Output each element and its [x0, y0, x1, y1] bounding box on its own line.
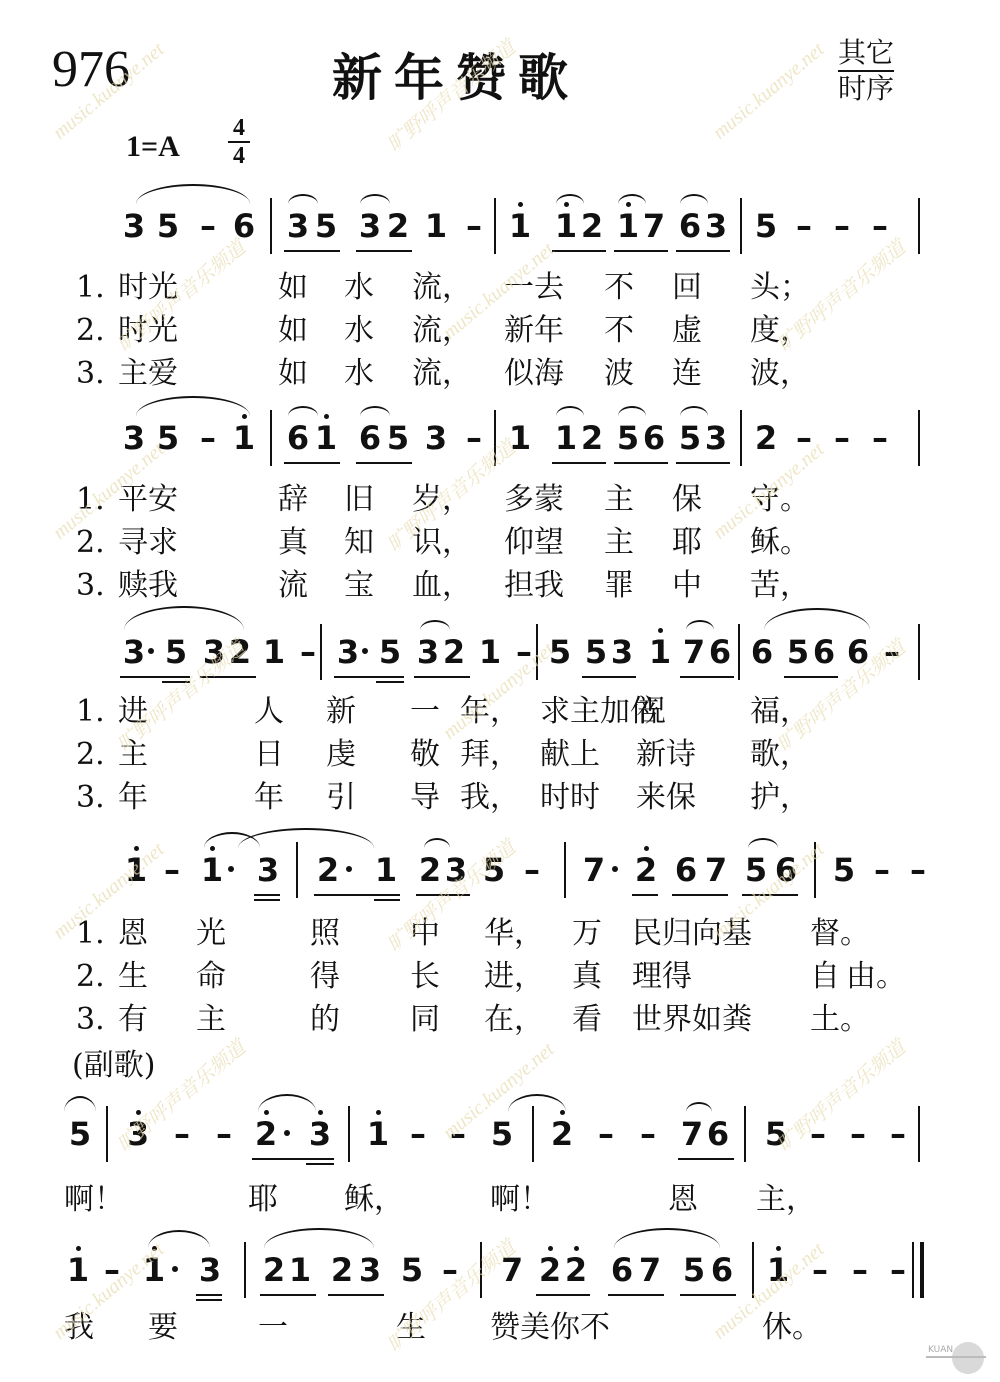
- lyric-word: 时时: [540, 776, 600, 819]
- eighth-underline: [536, 1294, 590, 1296]
- lyric-word: 如: [278, 309, 308, 352]
- lyric-word: 虔: [326, 733, 356, 776]
- lyric-word: 头；: [750, 266, 810, 309]
- lyric-word: 华，: [484, 912, 544, 955]
- slur-arc: [136, 396, 250, 416]
- slur-arc: [360, 194, 390, 204]
- lyric-word: 主: [604, 521, 634, 564]
- note: 7: [680, 1114, 704, 1154]
- note: 5: [164, 632, 188, 672]
- slur-arc: [686, 1102, 712, 1112]
- note: 6: [642, 418, 666, 458]
- barline: [918, 624, 920, 680]
- lyric-word: 主: [604, 478, 634, 521]
- barline: [564, 842, 566, 898]
- lyric-word: 在，: [484, 998, 544, 1041]
- verse-number: 2.: [76, 955, 105, 998]
- slur-arc: [556, 194, 584, 204]
- key-signature: 1=A: [126, 130, 180, 164]
- meter-numerator: 4: [233, 115, 245, 141]
- note: 5: [678, 418, 702, 458]
- slur-arc: [764, 608, 870, 630]
- eighth-underline: [784, 676, 838, 678]
- final-barline: [920, 1242, 924, 1298]
- note: 2: [550, 1114, 574, 1154]
- note: 2: [538, 1250, 562, 1290]
- lyric-word: 护，: [750, 776, 810, 819]
- slur-arc: [64, 1096, 96, 1112]
- lyric-word: 一: [410, 690, 440, 733]
- lyric-word: 长: [410, 955, 440, 998]
- barline: [270, 410, 272, 466]
- slur-arc: [686, 620, 714, 630]
- note: 6: [358, 418, 382, 458]
- dash-hold: –: [830, 418, 854, 458]
- eighth-underline: [632, 894, 658, 896]
- eighth-underline: [334, 676, 404, 678]
- lyric-word: 如: [278, 266, 308, 309]
- lyric-word: 虚: [672, 309, 702, 352]
- lyric-word: 主: [196, 998, 226, 1041]
- slur-arc: [614, 1228, 720, 1248]
- slur-arc: [360, 406, 390, 416]
- lyric-word: 多蒙: [504, 478, 564, 521]
- note: 1: [478, 632, 502, 672]
- eighth-underline: [680, 1294, 736, 1296]
- lyric-word: 同: [410, 998, 440, 1041]
- verse-number: 3.: [76, 352, 105, 395]
- lyric-word: 年: [118, 776, 148, 819]
- note: 2: [634, 850, 658, 890]
- note: 5: [754, 206, 778, 246]
- slur-arc: [136, 184, 250, 204]
- dash-hold: –: [886, 1250, 910, 1290]
- lyric-word: 由。: [846, 955, 906, 998]
- dash-hold: –: [406, 1114, 430, 1154]
- augmentation-dot: [228, 866, 234, 872]
- lyric-word: 如: [278, 352, 308, 395]
- slur-arc: [288, 194, 318, 204]
- barline: [918, 1106, 920, 1162]
- note: 2: [564, 1250, 588, 1290]
- lyric-word: 辞: [278, 478, 308, 521]
- dash-hold: –: [848, 1250, 872, 1290]
- lyric-word: 祝: [636, 690, 666, 733]
- lyric-word: 新年: [504, 309, 564, 352]
- dash-hold: –: [170, 1114, 194, 1154]
- note: 6: [706, 1114, 730, 1154]
- verse-number: 1.: [76, 690, 105, 733]
- lyric-word: 万: [572, 912, 602, 955]
- lyric-word: 进，: [484, 955, 544, 998]
- note: 3: [358, 206, 382, 246]
- barline: [532, 1106, 534, 1162]
- dash-hold: –: [636, 1114, 660, 1154]
- slur-arc: [618, 406, 646, 416]
- lyric-word: 新诗: [636, 733, 696, 776]
- lyric-word: 真: [572, 955, 602, 998]
- dash-hold: –: [846, 1114, 870, 1154]
- eighth-underline: [676, 462, 730, 464]
- dash-hold: –: [886, 1114, 910, 1154]
- eighth-underline: [314, 894, 400, 896]
- note: 2: [316, 850, 340, 890]
- note: 6: [678, 206, 702, 246]
- lyric-word: 啊！: [490, 1178, 550, 1221]
- eighth-underline: [260, 1294, 316, 1296]
- lyric-word: 要: [148, 1306, 178, 1349]
- lyric-word: 自: [810, 955, 840, 998]
- note: 6: [708, 632, 732, 672]
- lyric-word: 水: [344, 352, 374, 395]
- barline: [738, 624, 740, 680]
- note: 1: [66, 1250, 90, 1290]
- sixteenth-underline: [196, 1299, 222, 1301]
- meter-denominator: 4: [233, 143, 245, 169]
- note: 2: [386, 206, 410, 246]
- eighth-underline: [356, 462, 412, 464]
- lyric-word: 有: [118, 998, 148, 1041]
- note: 6: [610, 1250, 634, 1290]
- note: 6: [674, 850, 698, 890]
- lyric-word: 光: [196, 912, 226, 955]
- note: 3: [256, 850, 280, 890]
- category-top: 其它: [838, 36, 894, 72]
- lyric-word: 旧: [344, 478, 374, 521]
- slur-arc: [748, 838, 778, 848]
- note: 3: [358, 1250, 382, 1290]
- lyric-word: 主，: [756, 1178, 816, 1221]
- note: 5: [400, 1250, 424, 1290]
- notation-line: 35–635321–11217635–––: [0, 192, 1000, 262]
- note: 1: [200, 850, 224, 890]
- note: 2: [254, 1114, 278, 1154]
- note: 5: [616, 418, 640, 458]
- slur-arc: [420, 620, 450, 630]
- barline: [918, 198, 920, 254]
- lyric-word: 赎我: [118, 564, 178, 607]
- note: 2: [330, 1250, 354, 1290]
- lyric-word: 啊！: [64, 1178, 124, 1221]
- eighth-underline: [678, 1158, 734, 1160]
- lyric-word: 波，: [750, 352, 810, 395]
- lyric-word: 流，: [412, 352, 472, 395]
- lyric-word: 督。: [810, 912, 870, 955]
- augmentation-dot: [172, 1266, 178, 1272]
- note: 3: [610, 632, 634, 672]
- barline: [348, 1106, 350, 1162]
- lyric-word: 稣。: [750, 521, 810, 564]
- note: 1: [554, 418, 578, 458]
- category-label: 其它 时序: [838, 36, 894, 106]
- sixteenth-underline: [306, 1163, 334, 1165]
- eighth-underline: [328, 1294, 384, 1296]
- lyric-word: 我，: [460, 776, 520, 819]
- note: 5: [68, 1114, 92, 1154]
- lyric-word: 主爱: [118, 352, 178, 395]
- lyric-word: 似海: [504, 352, 564, 395]
- barline: [744, 1106, 746, 1162]
- dash-hold: –: [868, 418, 892, 458]
- lyric-word: 年: [254, 776, 284, 819]
- lyric-word: 人: [254, 690, 284, 733]
- note: 5: [386, 418, 410, 458]
- lyric-word: 保: [672, 478, 702, 521]
- lyric-word: 罪: [604, 564, 634, 607]
- lyric-word: 稣，: [344, 1178, 404, 1221]
- note: 7: [638, 1250, 662, 1290]
- eighth-underline: [284, 250, 340, 252]
- dash-hold: –: [594, 1114, 618, 1154]
- slur-arc: [680, 406, 708, 416]
- note: 6: [710, 1250, 734, 1290]
- slur-arc: [288, 406, 318, 416]
- verse-number: 1.: [76, 266, 105, 309]
- note: 3: [286, 206, 310, 246]
- barline: [270, 198, 272, 254]
- note: 5: [378, 632, 402, 672]
- slur-arc: [258, 1094, 316, 1112]
- sixteenth-underline: [254, 899, 280, 901]
- watermark-text: music.kuanye.net: [709, 38, 829, 144]
- barline: [244, 1242, 246, 1298]
- lyric-word: 土。: [810, 998, 870, 1041]
- lyric-word: 世界如粪: [632, 998, 752, 1041]
- dash-hold: –: [196, 206, 220, 246]
- augmentation-dot: [346, 866, 352, 872]
- note: 3: [122, 632, 146, 672]
- slur-arc: [508, 1094, 566, 1112]
- dash-hold: –: [462, 206, 486, 246]
- note: 5: [584, 632, 608, 672]
- barline: [494, 198, 496, 254]
- slur-arc: [124, 606, 244, 630]
- lyric-word: 耶: [672, 521, 702, 564]
- augmentation-dot: [148, 648, 154, 654]
- lyric-verse-2: 2.主日虔敬拜，献上新诗歌，: [0, 733, 1000, 776]
- note: 1: [366, 1114, 390, 1154]
- lyric-verse-2: 2.生命得长进，真理得自由。: [0, 955, 1000, 998]
- barline: [740, 410, 742, 466]
- lyric-word: 的: [310, 998, 340, 1041]
- note: 5: [156, 206, 180, 246]
- lyric-word: 新: [326, 690, 356, 733]
- note: 3: [336, 632, 360, 672]
- barline: [912, 1242, 914, 1298]
- lyric-word: 知: [344, 521, 374, 564]
- dash-hold: –: [792, 206, 816, 246]
- eighth-underline: [582, 676, 636, 678]
- lyric-word: 流: [278, 564, 308, 607]
- slur-arc: [680, 194, 708, 204]
- note: 2: [262, 1250, 286, 1290]
- lyric-word: 看: [572, 998, 602, 1041]
- lyric-word: 不: [604, 266, 634, 309]
- note: 6: [750, 632, 774, 672]
- lyric-word: 导: [410, 776, 440, 819]
- note: 5: [314, 206, 338, 246]
- lyric-word: 生: [118, 955, 148, 998]
- eighth-underline: [414, 676, 470, 678]
- note: 3: [424, 418, 448, 458]
- slur-arc: [618, 194, 646, 204]
- eighth-underline: [252, 1158, 334, 1160]
- lyric-word: 血，: [412, 564, 472, 607]
- note: 1: [232, 418, 256, 458]
- note: 3: [704, 418, 728, 458]
- dash-hold: –: [520, 850, 544, 890]
- dash-hold: –: [212, 1114, 236, 1154]
- eighth-underline: [680, 676, 734, 678]
- note: 1: [288, 1250, 312, 1290]
- barline: [740, 198, 742, 254]
- lyric-verse-3: 3.有主的同在，看世界如粪土。: [0, 998, 1000, 1041]
- slur-arc: [264, 1228, 374, 1248]
- note: 5: [490, 1114, 514, 1154]
- note: 7: [682, 632, 706, 672]
- augmentation-dot: [612, 866, 618, 872]
- eighth-underline: [196, 1294, 222, 1296]
- lyric-verse-3: 3.赎我流宝血，担我罪中苦，: [0, 564, 1000, 607]
- note: 6: [286, 418, 310, 458]
- note: 1: [314, 418, 338, 458]
- eighth-underline: [284, 462, 340, 464]
- lyric-word: 寻求: [118, 521, 178, 564]
- lyric-word: 照: [310, 912, 340, 955]
- lyric-word: 来保: [636, 776, 696, 819]
- note: 1: [424, 206, 448, 246]
- lyric-word: 赞美你不: [490, 1306, 610, 1349]
- barline: [320, 624, 322, 680]
- dash-hold: –: [906, 850, 930, 890]
- chorus-label: (副歌): [72, 1040, 155, 1084]
- note: 1: [648, 632, 672, 672]
- lyric-verse-2: 2.寻求真知识，仰望主耶稣。: [0, 521, 1000, 564]
- eighth-underline: [254, 894, 280, 896]
- lyric-word: 连: [672, 352, 702, 395]
- eighth-underline: [552, 462, 606, 464]
- lyric-word: 一: [258, 1306, 288, 1349]
- note: 1: [262, 632, 286, 672]
- note: 2: [580, 418, 604, 458]
- note: 1: [554, 206, 578, 246]
- lyric-word: 水: [344, 309, 374, 352]
- note: 3: [416, 632, 440, 672]
- dash-hold: –: [870, 850, 894, 890]
- lyric-word: 流，: [412, 266, 472, 309]
- slur-arc: [238, 828, 374, 848]
- note: 6: [812, 632, 836, 672]
- dash-hold: –: [296, 632, 320, 672]
- barline: [918, 410, 920, 466]
- lyric-word: 担我: [504, 564, 564, 607]
- lyric-word: 理得: [632, 955, 692, 998]
- slur-arc: [424, 838, 450, 848]
- lyric-word: 水: [344, 266, 374, 309]
- lyric-word: 回: [672, 266, 702, 309]
- augmentation-dot: [362, 648, 368, 654]
- lyric-word: 拜，: [460, 733, 520, 776]
- verse-number: 2.: [76, 733, 105, 776]
- note: 2: [442, 632, 466, 672]
- note: 2: [580, 206, 604, 246]
- lyric-verse-1: 1.平安辞旧岁，多蒙主保守。: [0, 478, 1000, 521]
- lyric-verse-3: 3.年年引导我，时时来保护，: [0, 776, 1000, 819]
- lyric-word: 引: [326, 776, 356, 819]
- eighth-underline: [552, 250, 606, 252]
- note: 3: [704, 206, 728, 246]
- lyric-word: 得: [310, 955, 340, 998]
- lyric-word: 命: [196, 955, 226, 998]
- note: 3: [122, 206, 146, 246]
- lyric-verse-3: 3.主爱如水流，似海波连波，: [0, 352, 1000, 395]
- kuanye-logo-icon: KUAN: [922, 1336, 992, 1376]
- augmentation-dot: [284, 1130, 290, 1136]
- lyric-word: 耶: [248, 1178, 278, 1221]
- time-signature: 4 4: [228, 116, 250, 168]
- note: 5: [832, 850, 856, 890]
- dash-hold: –: [830, 206, 854, 246]
- note: 3: [308, 1114, 332, 1154]
- lyric-word: 苦，: [750, 564, 810, 607]
- note: 7: [642, 206, 666, 246]
- eighth-underline: [676, 250, 730, 252]
- verse-number: 2.: [76, 309, 105, 352]
- lyric-word: 休。: [762, 1306, 822, 1349]
- barline: [296, 842, 298, 898]
- note: 2: [754, 418, 778, 458]
- lyric-word: 不: [604, 309, 634, 352]
- chorus-lyrics: 我要一生赞美你不休。: [0, 1306, 1000, 1349]
- note: 1: [374, 850, 398, 890]
- eighth-underline: [614, 462, 668, 464]
- lyric-word: 日: [254, 733, 284, 776]
- note: 7: [582, 850, 606, 890]
- lyric-word: 真: [278, 521, 308, 564]
- svg-text:KUAN: KUAN: [928, 1345, 953, 1355]
- note: 1: [616, 206, 640, 246]
- note: 5: [786, 632, 810, 672]
- lyric-word: 献上: [540, 733, 600, 776]
- note: 5: [682, 1250, 706, 1290]
- sixteenth-underline: [374, 899, 400, 901]
- verse-number: 3.: [76, 564, 105, 607]
- slur-arc: [556, 406, 584, 416]
- lyric-word: 仰望: [504, 521, 564, 564]
- note: 7: [704, 850, 728, 890]
- note: 3: [198, 1250, 222, 1290]
- lyric-word: 敬: [410, 733, 440, 776]
- eighth-underline: [614, 250, 668, 252]
- lyric-word: 恩: [118, 912, 148, 955]
- eighth-underline: [672, 894, 728, 896]
- lyric-word: 波: [604, 352, 634, 395]
- lyric-word: 恩: [668, 1178, 698, 1221]
- category-bottom: 时序: [838, 72, 894, 105]
- verse-number: 3.: [76, 776, 105, 819]
- eighth-underline: [356, 250, 412, 252]
- lyric-word: 宝: [344, 564, 374, 607]
- lyric-word: 中: [672, 564, 702, 607]
- chorus-lyrics: 啊！耶稣，啊！恩主，: [0, 1178, 1000, 1221]
- sixteenth-underline: [376, 681, 404, 683]
- lyric-verse-1: 1.恩光照中华，万民归向基督。: [0, 912, 1000, 955]
- barline: [106, 1106, 108, 1162]
- dash-hold: –: [196, 418, 220, 458]
- note: 1: [508, 206, 532, 246]
- eighth-underline: [608, 1294, 664, 1296]
- verse-number: 3.: [76, 998, 105, 1041]
